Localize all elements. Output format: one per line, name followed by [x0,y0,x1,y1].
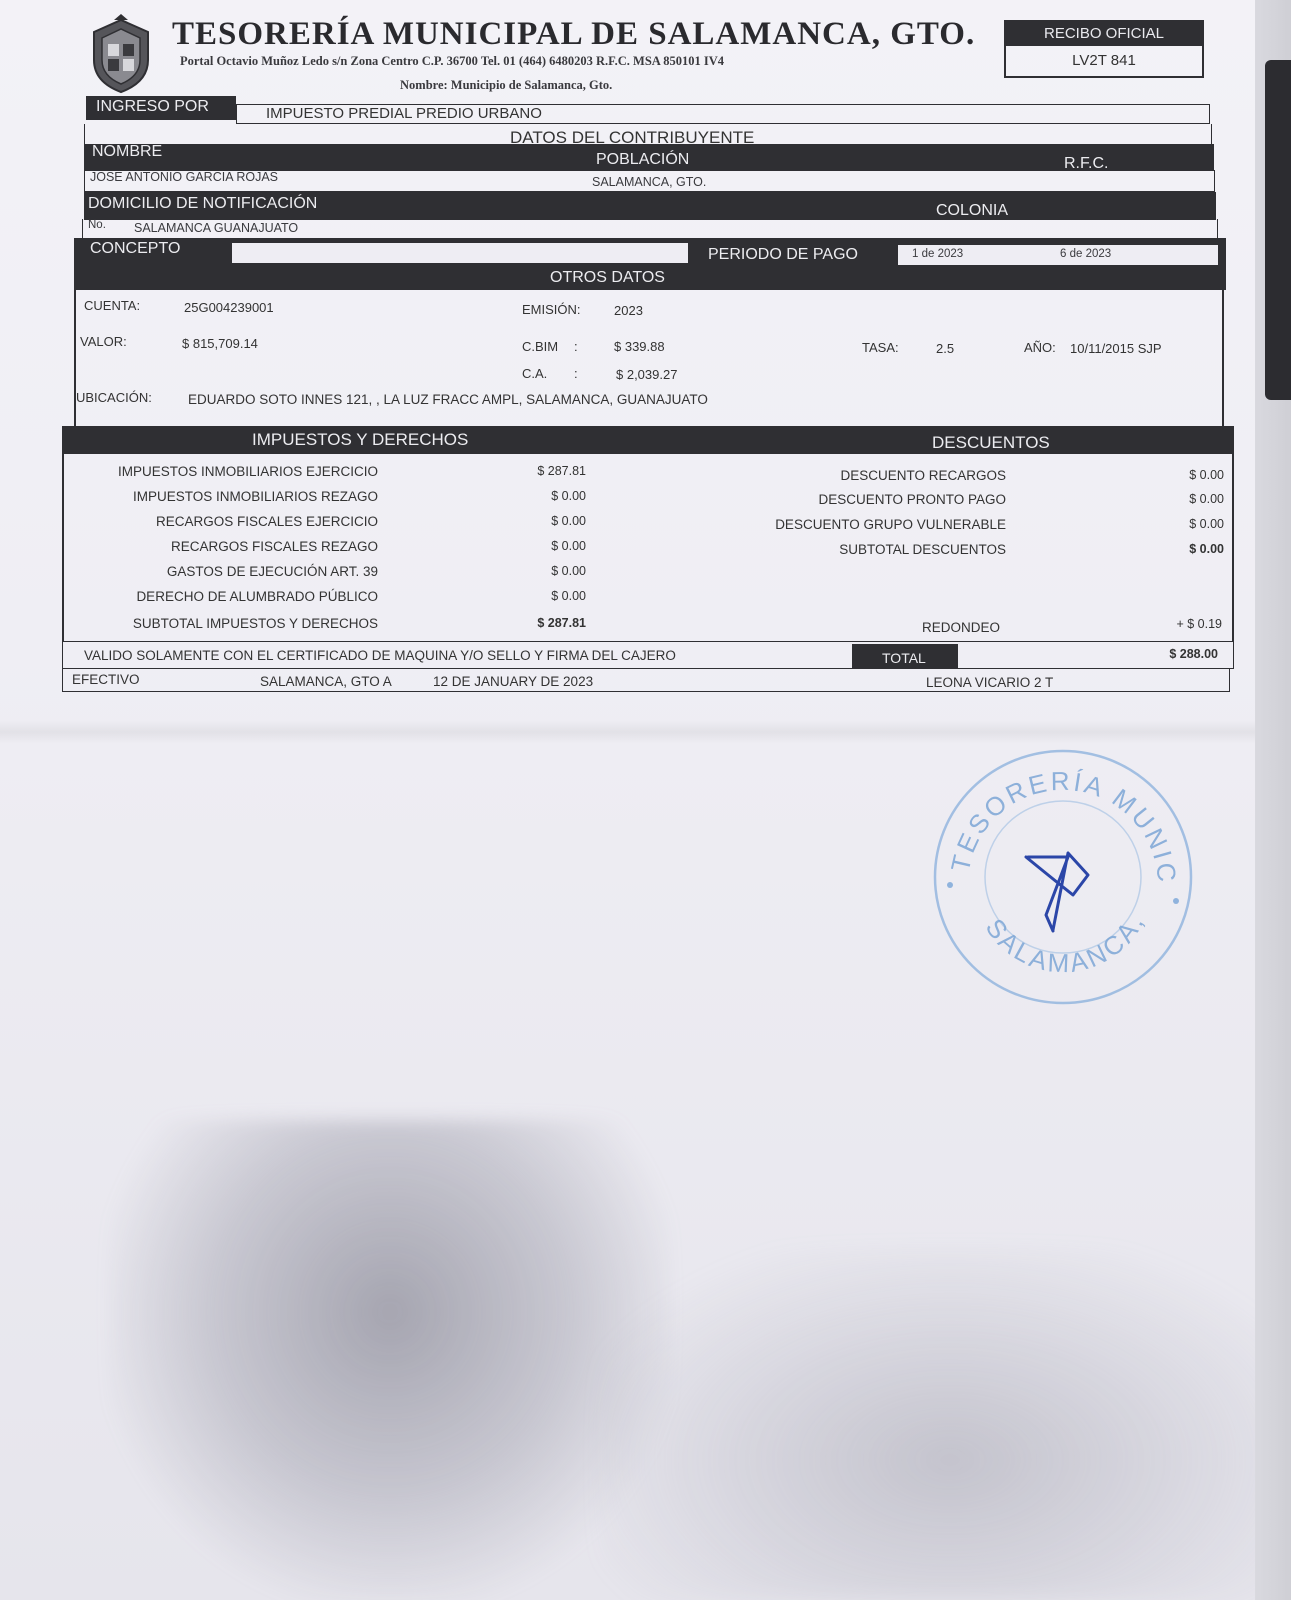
concepto-field [232,243,688,263]
periodo-label: PERIODO DE PAGO [708,246,858,264]
tasa-value: 2.5 [936,341,954,356]
descuento-item-label: DESCUENTO RECARGOS [720,468,1006,483]
redondeo-label: REDONDEO [922,620,1000,635]
descuentos-title: DESCUENTOS [932,433,1050,453]
impuesto-item-label: GASTOS DE EJECUCIÓN ART. 39 [60,564,378,579]
otros-datos-title: OTROS DATOS [550,269,665,287]
payment-date: 12 DE JANUARY DE 2023 [433,674,593,689]
impuesto-item-label: IMPUESTOS INMOBILIARIOS REZAGO [60,489,378,504]
cashier-name: LEONA VICARIO 2 T [926,675,1053,690]
cbim-value: $ 339.88 [614,339,665,354]
ca-label: C.A. [522,366,547,381]
impuesto-item-label: DERECHO DE ALUMBRADO PÚBLICO [60,589,378,604]
impuesto-item-amount: $ 0.00 [480,489,586,503]
emision-label: EMISIÓN: [522,302,581,317]
impuesto-item-label: IMPUESTOS INMOBILIARIOS EJERCICIO [60,464,378,479]
anio-value: 10/11/2015 SJP [1070,341,1162,356]
impuesto-item-amount: $ 0.00 [480,589,586,603]
receipt-number: LV2T 841 [1006,46,1202,76]
ca-value: $ 2,039.27 [616,367,677,382]
impuesto-item-amount: $ 287.81 [480,464,586,478]
descuento-item-amount: $ 0.00 [1120,517,1224,531]
impuesto-item-label: RECARGOS FISCALES EJERCICIO [60,514,378,529]
cbim-colon: : [574,339,578,354]
subtotal-descuentos-label: SUBTOTAL DESCUENTOS [720,542,1006,557]
periodo-hasta: 6 de 2023 [1060,248,1111,260]
ubicacion-label: UBICACIÓN: [76,390,152,405]
background-object [1265,60,1291,400]
subtotal-impuestos-label: SUBTOTAL IMPUESTOS Y DERECHOS [60,616,378,631]
impuestos-header-bar [62,426,1234,454]
impuestos-title: IMPUESTOS Y DERECHOS [252,430,468,450]
treasury-seal-stamp: TESORERÍA MUNICIPAL SALAMANCA, GTO. [928,745,1198,1010]
ca-colon: : [574,366,578,381]
ubicacion-value: EDUARDO SOTO INNES 121, , LA LUZ FRACC A… [188,392,708,407]
stamp-top-text: TESORERÍA MUNICIPAL [928,745,1182,886]
redondeo-amount: + $ 0.19 [1120,617,1222,631]
impuesto-item-amount: $ 0.00 [480,539,586,553]
ingreso-value: IMPUESTO PREDIAL PREDIO URBANO [266,105,542,122]
colonia-label: COLONIA [936,202,1008,220]
descuento-item-amount: $ 0.00 [1120,492,1224,506]
poblacion-label: POBLACIÓN [596,151,689,169]
descuento-item-amount: $ 0.00 [1120,468,1224,482]
ingreso-label: INGRESO POR [86,96,236,120]
descuento-item-label: DESCUENTO PRONTO PAGO [720,492,1006,507]
svg-text:TESORERÍA MUNICIPAL: TESORERÍA MUNICIPAL [928,745,1182,886]
subtotal-descuentos-amount: $ 0.00 [1120,542,1224,556]
no-label: No. [88,219,106,231]
cuenta-label: CUENTA: [84,298,140,313]
official-receipt-box: RECIBO OFICIAL LV2T 841 [1004,20,1204,78]
anio-label: AÑO: [1024,340,1056,355]
concepto-label: CONCEPTO [90,240,180,258]
nombre-value: JOSE ANTONIO GARCIA ROJAS [90,170,278,184]
payment-row [62,668,1230,692]
payment-place: SALAMANCA, GTO A [260,674,392,689]
treasury-name: Nombre: Municipio de Salamanca, Gto. [400,78,612,93]
validity-note: VALIDO SOLAMENTE CON EL CERTIFICADO DE M… [84,648,676,663]
signature-icon [1026,853,1088,931]
impuesto-item-amount: $ 0.00 [480,564,586,578]
valor-value: $ 815,709.14 [182,336,258,351]
tasa-label: TASA: [862,340,899,355]
treasury-title: TESORERÍA MUNICIPAL DE SALAMANCA, GTO. [172,16,975,53]
cuenta-value: 25G004239001 [184,300,274,315]
payment-method: EFECTIVO [72,672,140,687]
paper-fold [0,720,1255,744]
domicilio-label: DOMICILIO DE NOTIFICACIÓN [88,195,317,213]
total-label: TOTAL [882,650,926,666]
cbim-label: C.BIM [522,339,558,354]
periodo-desde: 1 de 2023 [912,248,963,260]
municipal-coat-of-arms-icon [86,14,156,94]
descuento-item-label: DESCUENTO GRUPO VULNERABLE [720,517,1006,532]
impuesto-item-amount: $ 0.00 [480,514,586,528]
treasury-address: Portal Octavio Muñoz Ledo s/n Zona Centr… [180,54,724,69]
nombre-label: NOMBRE [92,143,162,161]
valor-label: VALOR: [80,334,127,349]
impuesto-item-label: RECARGOS FISCALES REZAGO [60,539,378,554]
photo-shadow-secondary [600,1250,1291,1600]
official-receipt-label: RECIBO OFICIAL [1006,22,1202,46]
poblacion-value: SALAMANCA, GTO. [592,175,706,189]
domicilio-value: SALAMANCA GUANAJUATO [134,221,298,235]
photo-shadow [110,1120,670,1600]
subtotal-impuestos-amount: $ 287.81 [480,616,586,630]
background-edge [1255,0,1291,1600]
total-amount: $ 288.00 [1100,647,1218,661]
emision-value: 2023 [614,303,643,318]
